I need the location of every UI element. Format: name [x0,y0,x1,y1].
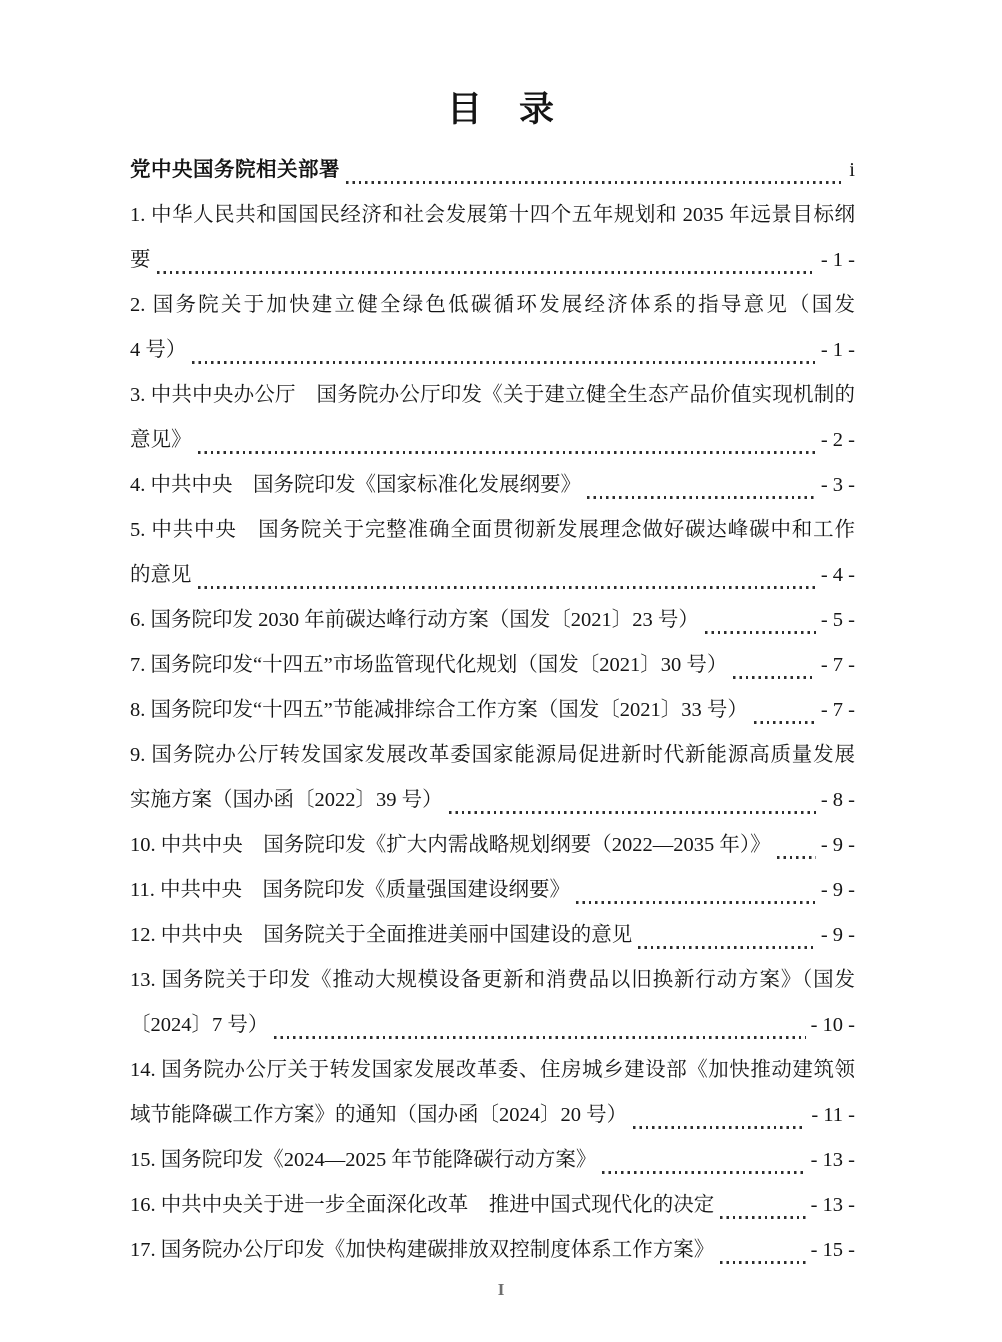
toc-page-number: - 10 - [811,1003,855,1048]
toc-entry-text: 15. 国务院印发《2024—2025 年节能降碳行动方案》 [130,1138,596,1183]
toc-row: 8. 国务院印发“十四五”节能减排综合工作方案（国发〔2021〕33 号）- 7… [130,688,855,733]
toc-row: 4. 中共中央 国务院印发《国家标准化发展纲要》- 3 - [130,463,855,508]
toc-page-number: - 7 - [821,688,855,733]
toc-entry-line: 5. 中共中央 国务院关于完整准确全面贯彻新发展理念做好碳达峰碳中和工作 [130,508,855,553]
toc-row: 6. 国务院印发 2030 年前碳达峰行动方案（国发〔2021〕23 号）- 5… [130,598,855,643]
toc-entry-text: 党中央国务院相关部署 [130,148,340,193]
toc-entry[interactable]: 5. 中共中央 国务院关于完整准确全面贯彻新发展理念做好碳达峰碳中和工作的意见-… [130,508,855,598]
page-title: 目 录 [0,82,1002,132]
toc-entry-text: 的意见 [130,553,192,598]
document-page: 目 录 党中央国务院相关部署i1. 中华人民共和国国民经济和社会发展第十四个五年… [0,0,1002,1342]
toc-entry-text: 域节能降碳工作方案》的通知（国办函〔2024〕20 号） [130,1093,627,1138]
dot-leader [720,1261,805,1263]
dot-leader [576,901,816,903]
toc-page-number: - 7 - [821,643,855,688]
toc-entry[interactable]: 10. 中共中央 国务院印发《扩大内需战略规划纲要（2022—2035 年）》-… [130,823,855,868]
toc-row: 域节能降碳工作方案》的通知（国办函〔2024〕20 号）- 11 - [130,1093,855,1138]
toc-page-number: - 11 - [811,1093,855,1138]
toc-entry-text: 7. 国务院印发“十四五”市场监管现代化规划（国发〔2021〕30 号） [130,643,727,688]
toc-page-number: - 9 - [821,913,855,958]
toc-entry-text: 11. 中共中央 国务院印发《质量强国建设纲要》 [130,868,570,913]
dot-leader [346,181,844,183]
toc-entry-text: 要 [130,238,151,283]
toc-entry-text: 16. 中共中央关于进一步全面深化改革 推进中国式现代化的决定 [130,1183,714,1228]
toc-page-number: - 13 - [811,1138,855,1183]
toc-row: 17. 国务院办公厅印发《加快构建碳排放双控制度体系工作方案》- 15 - [130,1228,855,1273]
toc-entry-text: 意见》 [130,418,192,463]
dot-leader [157,271,816,273]
toc-entry[interactable]: 6. 国务院印发 2030 年前碳达峰行动方案（国发〔2021〕23 号）- 5… [130,598,855,643]
toc-entry-text: 8. 国务院印发“十四五”节能减排综合工作方案（国发〔2021〕33 号） [130,688,748,733]
toc-page-number: - 4 - [821,553,855,598]
dot-leader [602,1171,805,1173]
toc-row: 7. 国务院印发“十四五”市场监管现代化规划（国发〔2021〕30 号）- 7 … [130,643,855,688]
toc-page-number: i [849,148,855,193]
toc-entry-text: 4. 中共中央 国务院印发《国家标准化发展纲要》 [130,463,581,508]
toc-row: 10. 中共中央 国务院印发《扩大内需战略规划纲要（2022—2035 年）》-… [130,823,855,868]
toc-page-number: - 9 - [821,823,855,868]
dot-leader [754,721,816,723]
toc-entry-line: 9. 国务院办公厅转发国家发展改革委国家能源局促进新时代新能源高质量发展 [130,733,855,778]
toc-row: 16. 中共中央关于进一步全面深化改革 推进中国式现代化的决定- 13 - [130,1183,855,1228]
toc-entry[interactable]: 9. 国务院办公厅转发国家发展改革委国家能源局促进新时代新能源高质量发展实施方案… [130,733,855,823]
toc-page-number: - 15 - [811,1228,855,1273]
toc-entry[interactable]: 13. 国务院关于印发《推动大规模设备更新和消费品以旧换新行动方案》（国发〔20… [130,958,855,1048]
toc-heading-entry[interactable]: 党中央国务院相关部署i [130,148,855,193]
toc-row: 〔2024〕7 号）- 10 - [130,1003,855,1048]
toc-row: 的意见- 4 - [130,553,855,598]
dot-leader [198,451,816,453]
toc-page-number: - 2 - [821,418,855,463]
toc-page-number: - 3 - [821,463,855,508]
toc-page-number: - 13 - [811,1183,855,1228]
toc-entry[interactable]: 1. 中华人民共和国国民经济和社会发展第十四个五年规划和 2035 年远景目标纲… [130,193,855,283]
dot-leader [198,586,816,588]
toc-entry-line: 2. 国务院关于加快建立健全绿色低碳循环发展经济体系的指导意见（国发〔2021〕 [130,283,855,328]
toc-page-number: - 9 - [821,868,855,913]
toc-entry[interactable]: 17. 国务院办公厅印发《加快构建碳排放双控制度体系工作方案》- 15 - [130,1228,855,1273]
toc-list: 党中央国务院相关部署i1. 中华人民共和国国民经济和社会发展第十四个五年规划和 … [130,148,855,1273]
toc-entry[interactable]: 15. 国务院印发《2024—2025 年节能降碳行动方案》- 13 - [130,1138,855,1183]
toc-entry-text: 4 号） [130,328,186,373]
dot-leader [449,811,816,813]
dot-leader [633,1126,806,1128]
toc-row: 15. 国务院印发《2024—2025 年节能降碳行动方案》- 13 - [130,1138,855,1183]
dot-leader [274,1036,805,1038]
toc-row: 党中央国务院相关部署i [130,148,855,193]
toc-row: 12. 中共中央 国务院关于全面推进美丽中国建设的意见- 9 - [130,913,855,958]
toc-entry-text: 〔2024〕7 号） [130,1003,268,1048]
dot-leader [638,946,816,948]
toc-entry[interactable]: 2. 国务院关于加快建立健全绿色低碳循环发展经济体系的指导意见（国发〔2021〕… [130,283,855,373]
toc-entry-line: 1. 中华人民共和国国民经济和社会发展第十四个五年规划和 2035 年远景目标纲 [130,193,855,238]
dot-leader [192,361,815,363]
dot-leader [777,856,816,858]
toc-entry[interactable]: 7. 国务院印发“十四五”市场监管现代化规划（国发〔2021〕30 号）- 7 … [130,643,855,688]
dot-leader [733,676,816,678]
footer-page-number: I [0,1280,1002,1300]
toc-entry[interactable]: 4. 中共中央 国务院印发《国家标准化发展纲要》- 3 - [130,463,855,508]
toc-entry[interactable]: 3. 中共中央办公厅 国务院办公厅印发《关于建立健全生态产品价值实现机制的意见》… [130,373,855,463]
toc-entry-text: 6. 国务院印发 2030 年前碳达峰行动方案（国发〔2021〕23 号） [130,598,699,643]
toc-entry-text: 17. 国务院办公厅印发《加快构建碳排放双控制度体系工作方案》 [130,1228,714,1273]
toc-row: 意见》- 2 - [130,418,855,463]
toc-row: 实施方案（国办函〔2022〕39 号）- 8 - [130,778,855,823]
toc-page-number: - 1 - [821,328,855,373]
toc-entry[interactable]: 14. 国务院办公厅关于转发国家发展改革委、住房城乡建设部《加快推动建筑领域节能… [130,1048,855,1138]
toc-page-number: - 5 - [821,598,855,643]
toc-entry[interactable]: 11. 中共中央 国务院印发《质量强国建设纲要》- 9 - [130,868,855,913]
dot-leader [720,1216,805,1218]
dot-leader [587,496,816,498]
toc-row: 4 号）- 1 - [130,328,855,373]
toc-row: 要- 1 - [130,238,855,283]
toc-entry-line: 3. 中共中央办公厅 国务院办公厅印发《关于建立健全生态产品价值实现机制的 [130,373,855,418]
toc-entry[interactable]: 16. 中共中央关于进一步全面深化改革 推进中国式现代化的决定- 13 - [130,1183,855,1228]
toc-entry-text: 实施方案（国办函〔2022〕39 号） [130,778,443,823]
toc-entry-line: 13. 国务院关于印发《推动大规模设备更新和消费品以旧换新行动方案》（国发 [130,958,855,1003]
toc-entry-line: 14. 国务院办公厅关于转发国家发展改革委、住房城乡建设部《加快推动建筑领 [130,1048,855,1093]
toc-page-number: - 8 - [821,778,855,823]
toc-row: 11. 中共中央 国务院印发《质量强国建设纲要》- 9 - [130,868,855,913]
toc-entry[interactable]: 8. 国务院印发“十四五”节能减排综合工作方案（国发〔2021〕33 号）- 7… [130,688,855,733]
toc-entry-text: 12. 中共中央 国务院关于全面推进美丽中国建设的意见 [130,913,632,958]
dot-leader [705,631,816,633]
toc-page-number: - 1 - [821,238,855,283]
toc-entry-text: 10. 中共中央 国务院印发《扩大内需战略规划纲要（2022—2035 年）》 [130,823,771,868]
toc-entry[interactable]: 12. 中共中央 国务院关于全面推进美丽中国建设的意见- 9 - [130,913,855,958]
